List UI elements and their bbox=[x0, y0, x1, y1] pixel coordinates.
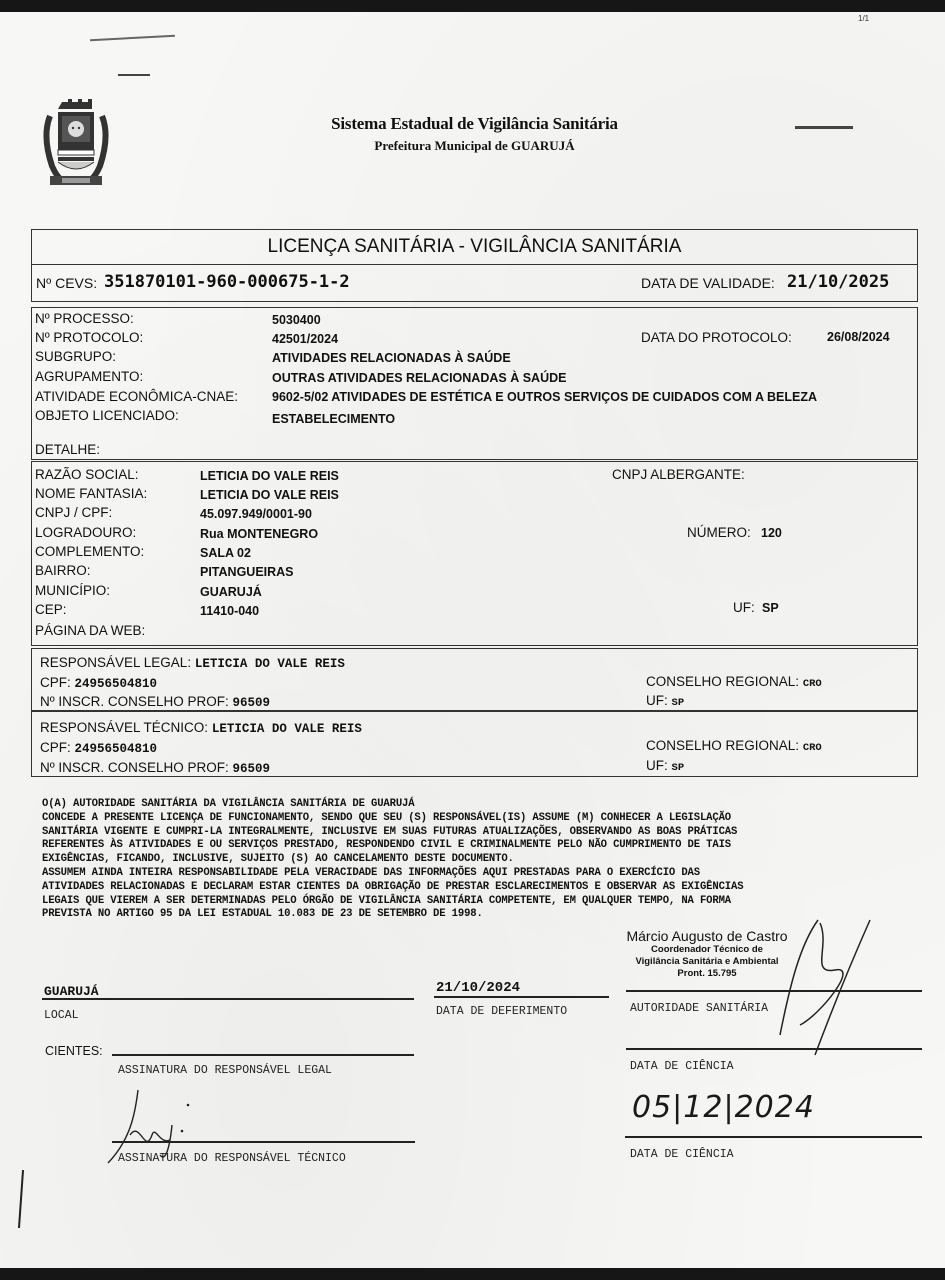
page-marker: 1/1 bbox=[858, 14, 869, 23]
process-section: Nº PROCESSO: 5030400 Nº PROTOCOLO: 42501… bbox=[31, 307, 918, 460]
logradouro-label: LOGRADOURO: bbox=[35, 525, 136, 540]
responsavel-tecnico-section: RESPONSÁVEL TÉCNICO: LETICIA DO VALE REI… bbox=[31, 711, 918, 777]
local-line bbox=[42, 998, 414, 1000]
data-protocolo-value: 26/08/2024 bbox=[827, 330, 890, 344]
fantasia-label: NOME FANTASIA: bbox=[35, 486, 147, 501]
cnpj-label: CNPJ / CPF: bbox=[35, 505, 112, 520]
uf-label: UF: bbox=[733, 600, 755, 615]
cep-label: CEP: bbox=[35, 602, 67, 617]
municipality-name: Prefeitura Municipal de GUARUJÁ bbox=[0, 138, 945, 154]
top-dark-border bbox=[0, 0, 945, 12]
agrupamento-label: AGRUPAMENTO: bbox=[35, 369, 143, 384]
complemento-value: SALA 02 bbox=[200, 546, 251, 560]
cientes-label: CIENTES: bbox=[45, 1044, 103, 1058]
cnae-value: 9602-5/02 ATIVIDADES DE ESTÉTICA E OUTRO… bbox=[272, 390, 817, 404]
protocolo-value: 42501/2024 bbox=[272, 332, 338, 346]
razao-value: LETICIA DO VALE REIS bbox=[200, 469, 339, 483]
system-title: Sistema Estadual de Vigilância Sanitária bbox=[0, 114, 945, 134]
processo-label: Nº PROCESSO: bbox=[35, 311, 134, 326]
cevs-value: 351870101-960-000675-1-2 bbox=[104, 272, 350, 292]
scan-mark bbox=[90, 35, 175, 41]
resp-tecnico-inscr: Nº INSCR. CONSELHO PROF: 96509 bbox=[40, 760, 270, 776]
resp-tecnico-conselho: CONSELHO REGIONAL: CRO bbox=[646, 738, 822, 754]
resp-tecnico-cpf: CPF: 24956504810 bbox=[40, 740, 157, 756]
logradouro-value: Rua MONTENEGRO bbox=[200, 527, 318, 541]
protocolo-label: Nº PROTOCOLO: bbox=[35, 330, 143, 345]
resp-legal-cpf: CPF: 24956504810 bbox=[40, 675, 157, 691]
resp-legal-inscr: Nº INSCR. CONSELHO PROF: 96509 bbox=[40, 694, 270, 710]
resp-tecnico-uf: UF: SP bbox=[646, 758, 684, 774]
local-value: GUARUJÁ bbox=[44, 984, 99, 999]
agrupamento-value: OUTRAS ATIVIDADES RELACIONADAS À SAÚDE bbox=[272, 371, 566, 385]
data-ciencia-label-1: DATA DE CIÊNCIA bbox=[630, 1060, 734, 1073]
complemento-label: COMPLEMENTO: bbox=[35, 544, 144, 559]
numero-value: 120 bbox=[761, 526, 782, 540]
legal-declaration: O(A) AUTORIDADE SANITÁRIA DA VIGILÂNCIA … bbox=[42, 798, 922, 922]
data-ciencia-line-2 bbox=[625, 1136, 922, 1138]
numero-label: NÚMERO: bbox=[687, 525, 751, 540]
validity-value: 21/10/2025 bbox=[787, 272, 889, 292]
resp-legal-label: RESPONSÁVEL LEGAL: LETICIA DO VALE REIS bbox=[40, 655, 345, 671]
resp-tecnico-label: RESPONSÁVEL TÉCNICO: LETICIA DO VALE REI… bbox=[40, 720, 362, 736]
data-ciencia-line-1 bbox=[626, 1048, 922, 1050]
bairro-value: PITANGUEIRAS bbox=[200, 565, 294, 579]
data-ciencia-label-2: DATA DE CIÊNCIA bbox=[630, 1148, 734, 1161]
autoridade-line bbox=[626, 990, 922, 992]
autoridade-label: AUTORIDADE SANITÁRIA bbox=[630, 1002, 768, 1015]
subgrupo-value: ATIVIDADES RELACIONADAS À SAÚDE bbox=[272, 351, 511, 365]
uf-value: SP bbox=[762, 601, 779, 615]
detalhe-label: DETALHE: bbox=[35, 442, 100, 457]
bairro-label: BAIRRO: bbox=[35, 563, 91, 578]
responsavel-legal-section: RESPONSÁVEL LEGAL: LETICIA DO VALE REIS … bbox=[31, 648, 918, 711]
assinatura-tecnico-label: ASSINATURA DO RESPONSÁVEL TÉCNICO bbox=[118, 1152, 346, 1165]
resp-legal-conselho: CONSELHO REGIONAL: CRO bbox=[646, 674, 822, 690]
data-ciencia-handwritten: 05|12|2024 bbox=[632, 1090, 815, 1125]
assinatura-legal-line bbox=[112, 1054, 414, 1056]
resp-legal-uf: UF: SP bbox=[646, 693, 684, 709]
assinatura-tecnico-line bbox=[112, 1141, 415, 1143]
subgrupo-label: SUBGRUPO: bbox=[35, 349, 116, 364]
objeto-label: OBJETO LICENCIADO: bbox=[35, 408, 179, 423]
cep-value: 11410-040 bbox=[200, 604, 259, 618]
cevs-label: Nº CEVS: bbox=[36, 275, 97, 291]
cnpj-value: 45.097.949/0001-90 bbox=[200, 507, 312, 521]
municipio-label: MUNICÍPIO: bbox=[35, 583, 110, 598]
scan-mark bbox=[118, 74, 150, 76]
web-label: PÁGINA DA WEB: bbox=[35, 623, 145, 638]
bottom-dark-border bbox=[0, 1268, 945, 1280]
processo-value: 5030400 bbox=[272, 313, 321, 327]
deferimento-label: DATA DE DEFERIMENTO bbox=[436, 1005, 567, 1018]
deferimento-line bbox=[434, 996, 609, 998]
fantasia-value: LETICIA DO VALE REIS bbox=[200, 488, 339, 502]
establishment-section: RAZÃO SOCIAL: LETICIA DO VALE REIS CNPJ … bbox=[31, 461, 918, 646]
license-title: LICENÇA SANITÁRIA - VIGILÂNCIA SANITÁRIA bbox=[31, 229, 918, 265]
validity-label: DATA DE VALIDADE: bbox=[641, 275, 775, 291]
data-protocolo-label: DATA DO PROTOCOLO: bbox=[641, 330, 792, 345]
razao-label: RAZÃO SOCIAL: bbox=[35, 467, 139, 482]
objeto-value: ESTABELECIMENTO bbox=[272, 412, 395, 426]
cevs-row: Nº CEVS: 351870101-960-000675-1-2 DATA D… bbox=[31, 264, 918, 302]
deferimento-value: 21/10/2024 bbox=[436, 980, 520, 996]
cnae-label: ATIVIDADE ECONÔMICA-CNAE: bbox=[35, 389, 238, 404]
municipio-value: GUARUJÁ bbox=[200, 585, 262, 599]
assinatura-legal-label: ASSINATURA DO RESPONSÁVEL LEGAL bbox=[118, 1064, 332, 1077]
cnpj-albergante-label: CNPJ ALBERGANTE: bbox=[612, 467, 745, 482]
local-label: LOCAL bbox=[44, 1009, 79, 1022]
